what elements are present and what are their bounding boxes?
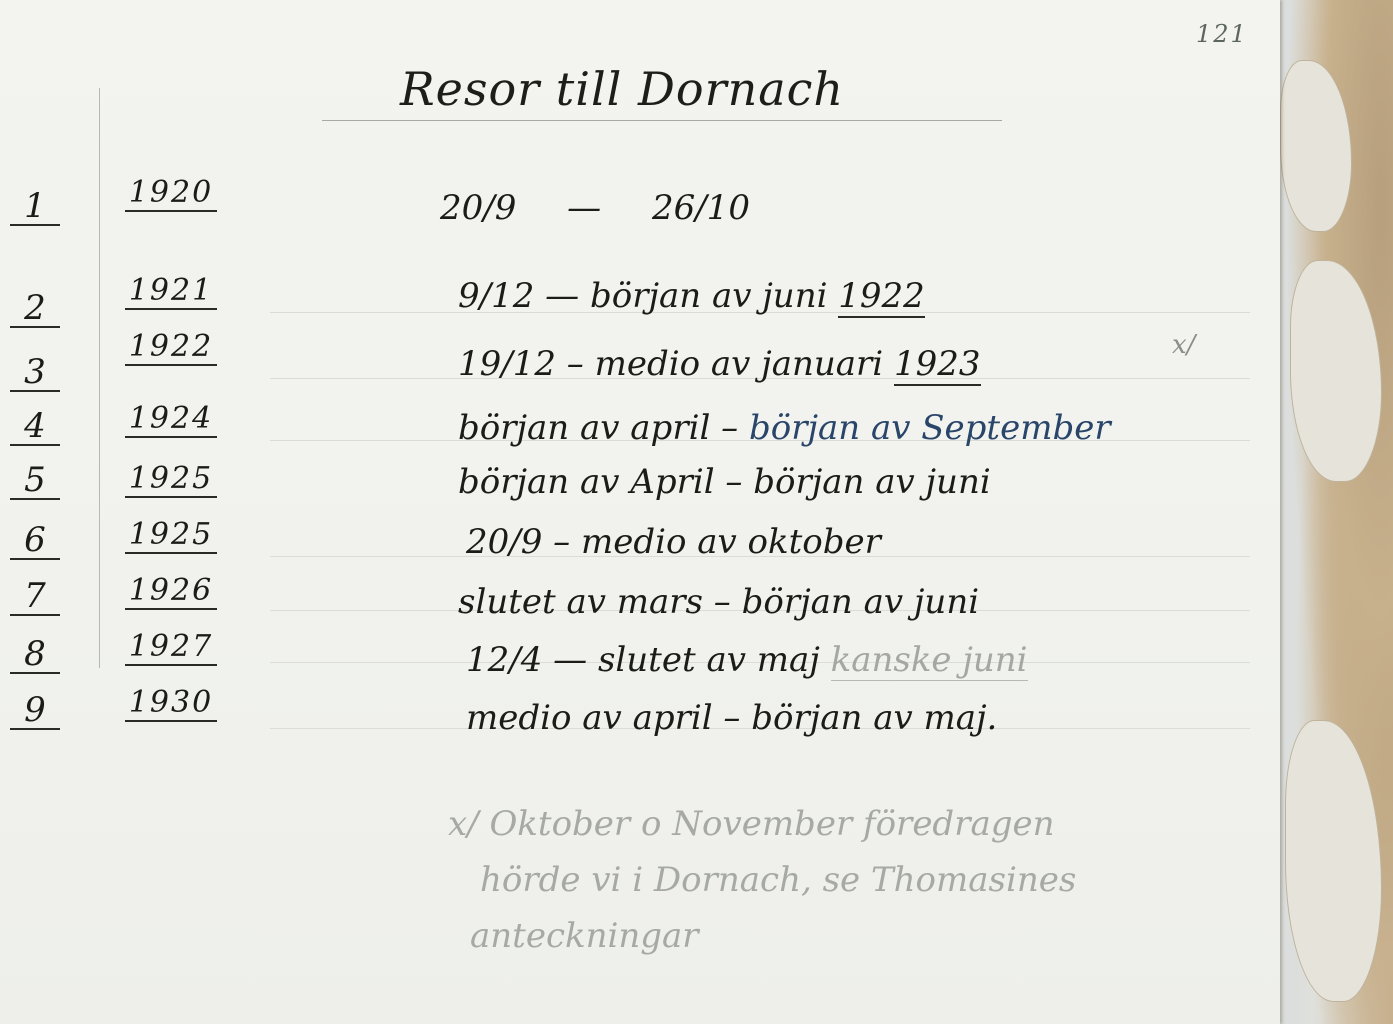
entry-year: 1920: [125, 176, 217, 212]
entry-index: 7: [10, 578, 60, 616]
entry-index: 8: [10, 636, 60, 674]
entry-year: 1926: [125, 574, 217, 610]
entry-year: 1924: [125, 402, 217, 438]
margin-line: [99, 88, 100, 668]
entry-dates: medio av april – början av maj.: [466, 698, 997, 738]
footnote-line: anteckningar: [448, 908, 1268, 964]
entry-end-year: 1923: [894, 344, 981, 386]
entry-text: 12/4 — slutet av maj: [466, 640, 831, 680]
entry-dates: 19/12 – medio av januari 1923: [458, 344, 981, 384]
entry-text: 9/12 — början av juni: [458, 276, 838, 316]
title-underline: [322, 120, 1002, 121]
entry-year: 1927: [125, 630, 217, 666]
entry-dates: slutet av mars – början av juni: [458, 582, 979, 622]
notebook-page: 121 Resor till Dornach 1 1920 20/9 — 26/…: [0, 0, 1280, 1024]
footnote: x/ Oktober o November föredragen hörde v…: [448, 796, 1268, 964]
entry-year: 1925: [125, 462, 217, 498]
paper-flake: [1290, 260, 1382, 482]
entry-text: början av april –: [458, 408, 749, 448]
page-title: Resor till Dornach: [400, 62, 844, 116]
entry-index: 4: [10, 408, 60, 446]
entry-end-year: 1922: [838, 276, 925, 318]
entry-dates: början av April – början av juni: [458, 462, 991, 502]
footnote-marker: x/: [1172, 330, 1195, 360]
entry-index: 6: [10, 522, 60, 560]
entry-dates: 20/9 — 26/10: [440, 188, 750, 228]
entry-text-blue: början av September: [749, 408, 1111, 448]
album-backing: [1270, 0, 1393, 1024]
footnote-line: x/ Oktober o November föredragen: [448, 796, 1268, 852]
entry-dates: 20/9 – medio av oktober: [466, 522, 881, 562]
footnote-line: hörde vi i Dornach, se Thomasines: [448, 852, 1268, 908]
paper-flake: [1280, 60, 1352, 232]
page-number: 121: [1196, 20, 1248, 48]
entry-year: 1930: [125, 686, 217, 722]
entry-index: 1: [10, 188, 60, 226]
entry-dates: början av april – början av September: [458, 408, 1111, 448]
entry-dates: 12/4 — slutet av maj kanske juni: [466, 640, 1028, 680]
entry-year: 1921: [125, 274, 217, 310]
entry-index: 2: [10, 290, 60, 328]
entry-dates: 9/12 — början av juni 1922: [458, 276, 925, 316]
entry-index: 3: [10, 354, 60, 392]
entry-text-pencil: kanske juni: [831, 640, 1028, 681]
entry-index: 9: [10, 692, 60, 730]
entry-year: 1925: [125, 518, 217, 554]
paper-flake: [1285, 720, 1382, 1002]
entry-year: 1922: [125, 330, 217, 366]
entry-text: 19/12 – medio av januari: [458, 344, 894, 384]
entry-index: 5: [10, 462, 60, 500]
